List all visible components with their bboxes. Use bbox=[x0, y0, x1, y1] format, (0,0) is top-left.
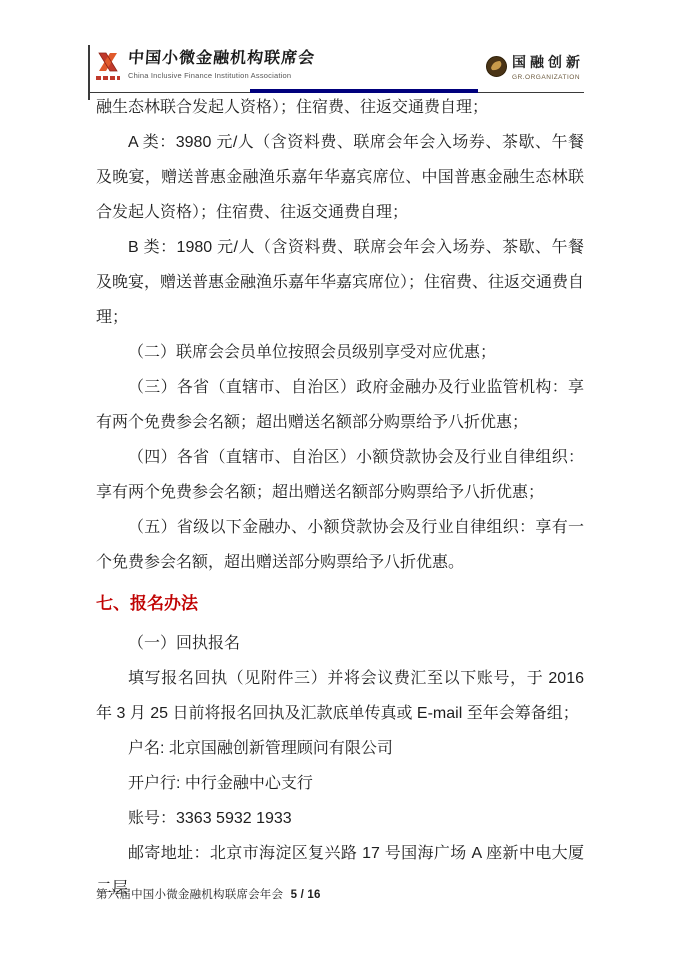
paragraph-class-a: A 类：3980 元/人（含资料费、联席会年会入场券、茶歇、午餐及晚宴，赠送普惠… bbox=[96, 125, 584, 230]
emblem-seal-decoration bbox=[96, 76, 120, 80]
paragraph-account-name: 户名: 北京国融创新管理顾问有限公司 bbox=[96, 731, 584, 766]
association-name-en: China Inclusive Finance Institution Asso… bbox=[128, 71, 315, 80]
association-name: 中国小微金融机构联席会 bbox=[127, 50, 315, 68]
paragraph-item-3: （三）各省（直辖市、自治区）政府金融办及行业监管机构：享有两个免费参会名额；超出… bbox=[96, 370, 584, 440]
footer-page-number: 5 / 16 bbox=[291, 889, 321, 901]
paragraph-item-4: （四）各省（直辖市、自治区）小额贷款协会及行业自律组织：享有两个免费参会名额；超… bbox=[96, 440, 584, 510]
paragraph-bank: 开户行: 中行金融中心支行 bbox=[96, 766, 584, 801]
gr-logo: 国融创新 GR.ORGANIZATION bbox=[486, 56, 584, 81]
paragraph-signup-detail: 填写报名回执（见附件三）并将会议费汇至以下账号，于 2016 年 3 月 25 … bbox=[96, 661, 584, 731]
paragraph-item-2: （二）联席会会员单位按照会员级别享受对应优惠； bbox=[96, 335, 584, 370]
paragraph-account-number: 账号：3363 5932 1933 bbox=[96, 801, 584, 836]
gr-name: 国融创新 bbox=[512, 56, 584, 72]
gr-name-en: GR.ORGANIZATION bbox=[512, 74, 584, 81]
footer-doc-title: 第六届中国小微金融机构联席会年会 bbox=[96, 889, 283, 901]
paragraph-item-5: （五）省级以下金融办、小额贷款协会及行业自律组织：享有一个免费参会名额，超出赠送… bbox=[96, 510, 584, 580]
association-logo: 中国小微金融机构联席会 China Inclusive Finance Inst… bbox=[96, 50, 315, 80]
document-page: 中国小微金融机构联席会 China Inclusive Finance Inst… bbox=[0, 0, 680, 962]
association-emblem-icon bbox=[96, 50, 120, 74]
gr-emblem-icon bbox=[486, 56, 507, 77]
document-body: 融生态林联合发起人资格）；住宿费、往返交通费自理； A 类：3980 元/人（含… bbox=[96, 90, 584, 906]
paragraph-continued: 融生态林联合发起人资格）；住宿费、往返交通费自理； bbox=[96, 90, 584, 125]
paragraph-signup-method: （一）回执报名 bbox=[96, 626, 584, 661]
page-footer: 第六届中国小微金融机构联席会年会 5 / 16 bbox=[96, 886, 321, 902]
section-heading: 七、报名办法 bbox=[96, 586, 584, 621]
paragraph-class-b: B 类：1980 元/人（含资料费、联席会年会入场券、茶歇、午餐及晚宴，赠送普惠… bbox=[96, 230, 584, 335]
page-header: 中国小微金融机构联席会 China Inclusive Finance Inst… bbox=[0, 0, 680, 96]
